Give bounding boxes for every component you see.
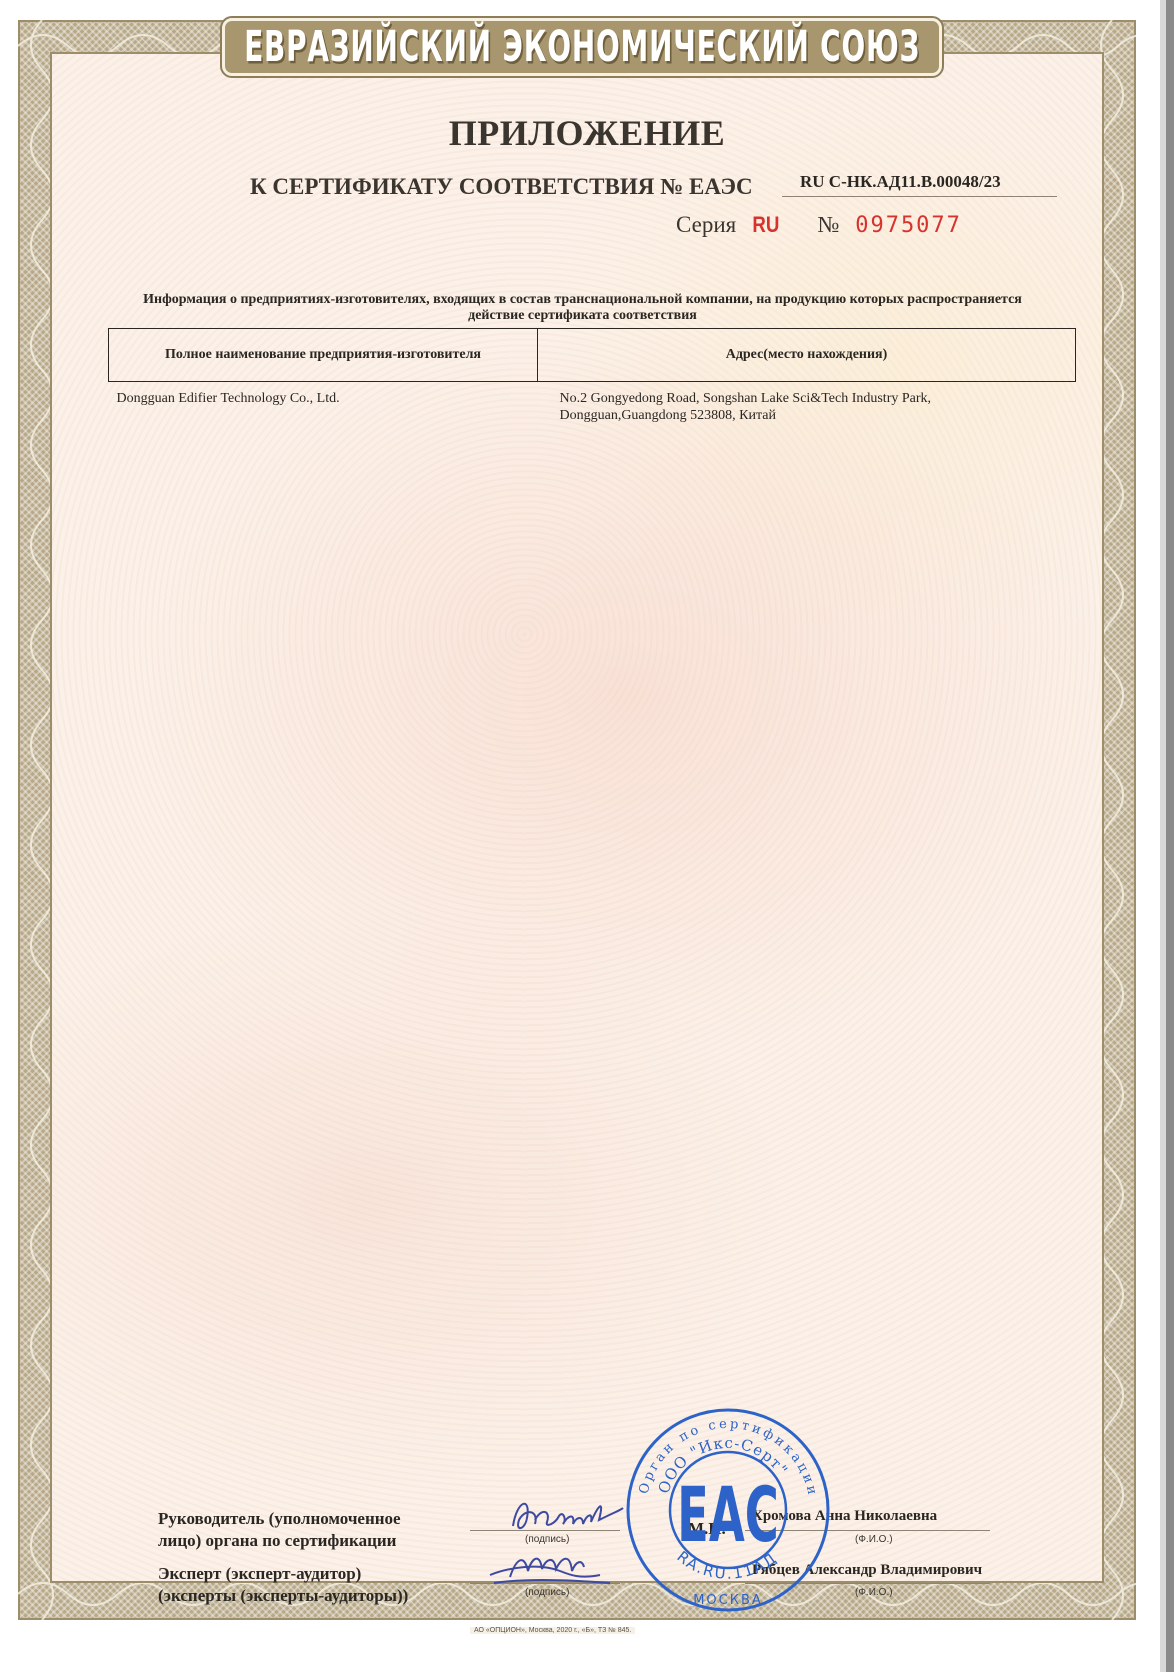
header-banner: ЕВРАЗИЙСКИЙ ЭКОНОМИЧЕСКИЙ СОЮЗ <box>222 18 942 76</box>
banner-text: ЕВРАЗИЙСКИЙ ЭКОНОМИЧЕСКИЙ СОЮЗ <box>244 22 920 72</box>
expert-label-line-1: Эксперт (эксперт-аудитор) <box>158 1563 408 1585</box>
series-row: Серия RU № 0975077 <box>676 212 962 238</box>
head-signature-scribble <box>505 1490 625 1540</box>
certificate-paper <box>50 52 1104 1583</box>
head-label-line-2: лицо) органа по сертификации <box>158 1530 401 1552</box>
expert-name-caption: (Ф.И.О.) <box>855 1587 893 1598</box>
head-label: Руководитель (уполномоченное лицо) орган… <box>158 1508 401 1552</box>
column-header-address: Адрес(место нахождения) <box>538 329 1076 382</box>
manufacturer-name: Dongguan Edifier Technology Co., Ltd. <box>109 382 538 425</box>
series-value: RU <box>752 212 779 238</box>
address-line-1: No.2 Gongyedong Road, Songshan Lake Sci&… <box>560 390 1066 407</box>
expert-label-line-2: (эксперты (эксперты-аудиторы)) <box>158 1585 408 1607</box>
column-header-name: Полное наименование предприятия-изготови… <box>109 329 538 382</box>
stamp-eac-mark: ЕАС <box>677 1471 779 1559</box>
number-label: № <box>818 212 840 237</box>
document-subtitle: К СЕРТИФИКАТУ СООТВЕТСТВИЯ № ЕАЭС <box>250 174 753 200</box>
expert-label: Эксперт (эксперт-аудитор) (эксперты (экс… <box>158 1563 408 1607</box>
certification-stamp: Орган по сертификации ООО "Икс-Серт" ЕАС… <box>618 1400 838 1620</box>
document-title: ПРИЛОЖЕНИЕ <box>0 112 1174 154</box>
head-name-caption: (Ф.И.О.) <box>855 1534 893 1545</box>
certificate-number: RU С-НК.АД11.В.00048/23 <box>782 172 1057 197</box>
head-label-line-1: Руководитель (уполномоченное <box>158 1508 401 1530</box>
series-label: Серия <box>676 212 736 237</box>
address-line-2: Dongguan,Guangdong 523808, Китай <box>560 407 1066 424</box>
expert-signature-scribble <box>480 1545 620 1590</box>
manufacturers-table: Полное наименование предприятия-изготови… <box>108 328 1076 424</box>
blank-number: 0975077 <box>855 213 962 238</box>
printer-note: АО «ОПЦИОН», Москва, 2020 г., «Б», ТЗ № … <box>470 1627 635 1634</box>
table-header-row: Полное наименование предприятия-изготови… <box>109 329 1076 382</box>
scan-edge-dark <box>1166 0 1174 1672</box>
table-row: Dongguan Edifier Technology Co., Ltd. No… <box>109 382 1076 425</box>
manufacturers-info-text: Информация о предприятиях-изготовителях,… <box>120 292 1045 324</box>
stamp-city-text: МОСКВА <box>693 1593 763 1608</box>
manufacturer-address: No.2 Gongyedong Road, Songshan Lake Sci&… <box>538 382 1076 425</box>
